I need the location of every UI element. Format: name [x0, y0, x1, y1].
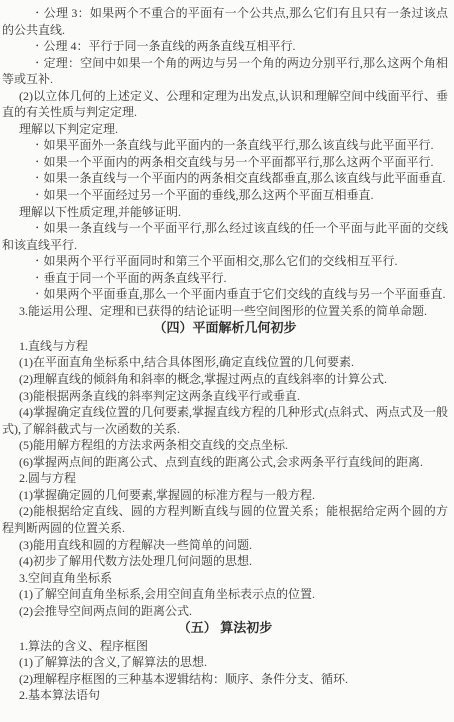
paragraph-text: (1)了解算法的含义,了解算法的思想. [19, 655, 207, 669]
bullet-icon: • [19, 286, 38, 303]
bullet-paragraph: •公理 4：平行于同一条直线的两条直线互相平行. [2, 38, 448, 55]
bullet-icon: • [19, 55, 38, 72]
paragraph-text: (2)能根据给定直线、圆的方程判断直线与圆的位置关系；能根据给定两个圆的方程判断… [2, 504, 448, 535]
section-heading: （四）平面解析几何初步 [2, 320, 448, 337]
bullet-paragraph: •定理：空间中如果一个角的两边与另一个角的两边分别平行,那么这两个角相等或互补. [2, 55, 448, 88]
document-body: •公理 3：如果两个不重合的平面有一个公共点,那么它们有且只有一条过该点的公共直… [2, 5, 448, 704]
paragraph: 理解以下性质定理,并能够证明. [2, 204, 448, 221]
paragraph: (2)会推导空间两点间的距离公式. [2, 603, 448, 620]
paragraph-text: (4)掌握确定直线位置的几何要素,掌握直线方程的几种形式(点斜式、两点式及一般式… [2, 405, 448, 436]
paragraph: (5)能用解方程组的方法求两条相交直线的交点坐标. [2, 437, 448, 454]
paragraph: (2)理解程序框图的三种基本逻辑结构：顺序、条件分支、循环. [2, 671, 448, 688]
paragraph: (2)能根据给定直线、圆的方程判断直线与圆的位置关系；能根据给定两个圆的方程判断… [2, 503, 448, 536]
paragraph: (2)以立体几何的上述定义、公理和定理为出发点,认识和理解空间中线面平行、垂直的… [2, 88, 448, 121]
paragraph-text: 理解以下判定定理. [19, 122, 118, 136]
paragraph-text: (6)掌握两点间的距离公式、点到直线的距离公式,会求两条平行直线间的距离. [19, 455, 423, 469]
paragraph-text: 1.直线与方程 [19, 339, 88, 353]
paragraph-text: 2.基本算法语句 [19, 688, 100, 702]
paragraph-text: (2)理解程序框图的三种基本逻辑结构：顺序、条件分支、循环. [19, 672, 348, 686]
paragraph-text: (2)理解直线的倾斜角和斜率的概念,掌握过两点的直线斜率的计算公式. [19, 372, 387, 386]
paragraph-text: (3)能用直线和圆的方程解决一些简单的问题. [19, 538, 252, 552]
paragraph-text: 公理 3：如果两个不重合的平面有一个公共点,那么它们有且只有一条过该点的公共直线… [2, 6, 448, 37]
paragraph: (1)了解算法的含义,了解算法的思想. [2, 654, 448, 671]
paragraph-text: (1)在平面直角坐标系中,结合具体图形,确定直线位置的几何要素. [19, 355, 354, 369]
bullet-icon: • [19, 270, 38, 287]
paragraph-text: 垂直于同一个平面的两条直线平行. [43, 271, 226, 285]
bullet-paragraph: •如果一个平面经过另一个平面的垂线,那么这两个平面互相垂直. [2, 187, 448, 204]
paragraph-text: 如果一条直线与一个平面内的两条相交直线都垂直,那么该直线与此平面垂直. [43, 171, 445, 185]
paragraph-text: (4)初步了解用代数方法处理几何问题的思想. [19, 554, 252, 568]
bullet-icon: • [19, 38, 38, 55]
paragraph: (4)初步了解用代数方法处理几何问题的思想. [2, 553, 448, 570]
bullet-paragraph: •垂直于同一个平面的两条直线平行. [2, 270, 448, 287]
paragraph: (1)在平面直角坐标系中,结合具体图形,确定直线位置的几何要素. [2, 354, 448, 371]
paragraph: (6)掌握两点间的距离公式、点到直线的距离公式,会求两条平行直线间的距离. [2, 454, 448, 471]
paragraph-text: 定理：空间中如果一个角的两边与另一个角的两边分别平行,那么这两个角相等或互补. [2, 56, 448, 87]
paragraph: 1.算法的含义、程序框图 [2, 638, 448, 655]
paragraph-text: (1)了解空间直角坐标系,会用空间直角坐标表示点的位置. [19, 587, 315, 601]
bullet-paragraph: •如果一个平面内的两条相交直线与另一个平面都平行,那么这两个平面平行. [2, 154, 448, 171]
paragraph-text: 2.圆与方程 [19, 471, 76, 485]
bullet-icon: • [19, 154, 38, 171]
paragraph-text: (2)以立体几何的上述定义、公理和定理为出发点,认识和理解空间中线面平行、垂直的… [2, 89, 448, 120]
paragraph-text: (2)会推导空间两点间的距离公式. [19, 604, 192, 618]
paragraph-text: 1.算法的含义、程序框图 [19, 639, 148, 653]
paragraph: 2.圆与方程 [2, 470, 448, 487]
paragraph-text: 如果一个平面经过另一个平面的垂线,那么这两个平面互相垂直. [43, 188, 373, 202]
paragraph: 理解以下判定定理. [2, 121, 448, 138]
paragraph-text: 如果两个平面垂直,那么一个平面内垂直于它们交线的直线与另一个平面垂直. [43, 287, 445, 301]
bullet-icon: • [19, 137, 38, 154]
paragraph-text: (1)掌握确定圆的几何要素,掌握圆的标准方程与一般方程. [19, 488, 315, 502]
paragraph: 3.能运用公理、定理和已获得的结论证明一些空间图形的位置关系的简单命题. [2, 303, 448, 320]
paragraph-text: 理解以下性质定理,并能够证明. [19, 205, 181, 219]
paragraph: 3.空间直角坐标系 [2, 570, 448, 587]
paragraph: (4)掌握确定直线位置的几何要素,掌握直线方程的几种形式(点斜式、两点式及一般式… [2, 404, 448, 437]
paragraph: (1)了解空间直角坐标系,会用空间直角坐标表示点的位置. [2, 586, 448, 603]
paragraph: (1)掌握确定圆的几何要素,掌握圆的标准方程与一般方程. [2, 487, 448, 504]
bullet-icon: • [19, 5, 38, 22]
paragraph-text: (3)能根据两条直线的斜率判定这两条直线平行或垂直. [19, 389, 300, 403]
paragraph: 1.直线与方程 [2, 338, 448, 355]
bullet-paragraph: •如果两个平面垂直,那么一个平面内垂直于它们交线的直线与另一个平面垂直. [2, 286, 448, 303]
paragraph-text: 3.能运用公理、定理和已获得的结论证明一些空间图形的位置关系的简单命题. [19, 304, 427, 318]
paragraph-text: 如果一个平面内的两条相交直线与另一个平面都平行,那么这两个平面平行. [43, 155, 433, 169]
paragraph-text: 如果一条直线与一个平面平行,那么经过该直线的任一个平面与此平面的交线和该直线平行… [2, 221, 448, 252]
paragraph-text: 如果两个平行平面同时和第三个平面相交,那么它们的交线相互平行. [43, 254, 397, 268]
bullet-icon: • [19, 187, 38, 204]
bullet-icon: • [19, 220, 38, 237]
section-heading: （五） 算法初步 [2, 620, 448, 637]
document-page: •公理 3：如果两个不重合的平面有一个公共点,那么它们有且只有一条过该点的公共直… [0, 0, 454, 722]
bullet-paragraph: •如果两个平行平面同时和第三个平面相交,那么它们的交线相互平行. [2, 253, 448, 270]
paragraph: (2)理解直线的倾斜角和斜率的概念,掌握过两点的直线斜率的计算公式. [2, 371, 448, 388]
bullet-paragraph: •如果一条直线与一个平面平行,那么经过该直线的任一个平面与此平面的交线和该直线平… [2, 220, 448, 253]
bullet-paragraph: •如果一条直线与一个平面内的两条相交直线都垂直,那么该直线与此平面垂直. [2, 170, 448, 187]
paragraph-text: (5)能用解方程组的方法求两条相交直线的交点坐标. [19, 438, 288, 452]
paragraph: (3)能用直线和圆的方程解决一些简单的问题. [2, 537, 448, 554]
paragraph-text: 公理 4：平行于同一条直线的两条直线互相平行. [43, 39, 295, 53]
paragraph: 2.基本算法语句 [2, 687, 448, 704]
bullet-paragraph: •公理 3：如果两个不重合的平面有一个公共点,那么它们有且只有一条过该点的公共直… [2, 5, 448, 38]
bullet-icon: • [19, 170, 38, 187]
paragraph-text: 如果平面外一条直线与此平面内的一条直线平行,那么该直线与此平面平行. [43, 138, 433, 152]
bullet-icon: • [19, 253, 38, 270]
bullet-paragraph: •如果平面外一条直线与此平面内的一条直线平行,那么该直线与此平面平行. [2, 137, 448, 154]
paragraph-text: 3.空间直角坐标系 [19, 571, 112, 585]
paragraph: (3)能根据两条直线的斜率判定这两条直线平行或垂直. [2, 388, 448, 405]
